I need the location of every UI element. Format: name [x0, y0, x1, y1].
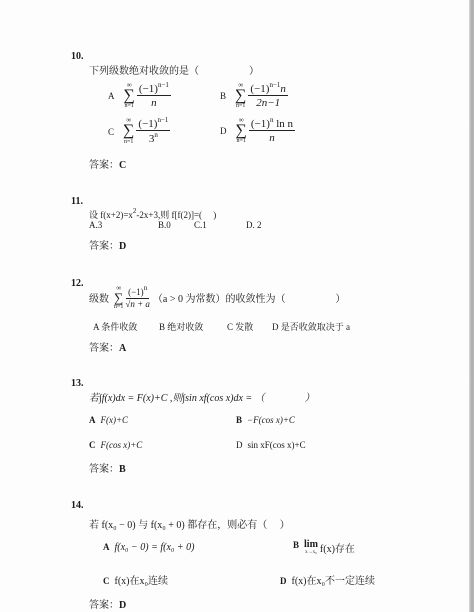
- option-label: C: [108, 127, 114, 137]
- question-13-option-d: Dsin xF(cos x)+C: [236, 440, 306, 450]
- question-10-option-d: D ∞∑n=1 (−1)n ln n n: [220, 117, 295, 144]
- question-13-option-a: AF(x)+C: [89, 415, 128, 425]
- question-11-option-d: D. 2: [246, 220, 262, 230]
- question-14-option-b: B limx→x₀ f(x)存在: [293, 540, 355, 555]
- question-14-option-a: Af(x₀ − 0) = f(x₀ + 0): [103, 542, 194, 553]
- question-11-option-c: C.1: [194, 220, 207, 230]
- question-11-option-b: B.0: [158, 220, 171, 230]
- page-edge-shadow: [469, 0, 474, 612]
- summation-icon: ∞∑n=1: [124, 82, 135, 109]
- question-12-option-a: A 条件收敛: [93, 320, 137, 333]
- question-12-number: 12.: [71, 278, 84, 289]
- question-12-prompt: 级数 ∞∑n=1 (−1)n √n + a （a > 0 为常数）的收敛性为（ …: [89, 285, 345, 310]
- option-label: A: [108, 91, 115, 101]
- question-10-option-a: A ∞∑n=1 (−1)n−1 n: [108, 82, 171, 109]
- question-12-option-d: D 是否收敛取决于 a: [272, 320, 350, 333]
- question-10-option-c: C ∞∑n=1 (−1)n−1 3n: [108, 117, 170, 145]
- question-12-answer: 答案：A: [89, 339, 126, 354]
- question-14-prompt: 若 f(x₀ − 0) 与 f(x₀ + 0) 都存在，则必有（ ）: [89, 516, 290, 531]
- question-11-prompt: 设 f(x+2)=x2-2x+3,则 f[f(2)]=( ): [89, 207, 216, 221]
- question-14-answer: 答案：D: [89, 596, 126, 611]
- question-13-number: 13.: [71, 378, 84, 389]
- question-14-option-d: Df(x)在x₀不一定连续: [280, 572, 375, 587]
- question-13-option-b: B−F(cos x)+C: [236, 415, 295, 425]
- question-13-option-c: CF(cos x)+C: [89, 440, 142, 450]
- question-10-option-b: B ∞∑n=1 (−1)n−1n 2n−1: [220, 82, 288, 109]
- option-label: D: [220, 126, 227, 136]
- question-12-option-b: B 绝对收敛: [159, 320, 203, 333]
- question-10-answer: 答案：C: [89, 156, 126, 171]
- question-13-answer: 答案：B: [89, 460, 126, 475]
- summation-icon: ∞∑n=1: [236, 117, 247, 144]
- summation-icon: ∞∑n=1: [123, 117, 134, 144]
- question-11-number: 11.: [71, 196, 83, 207]
- question-12-option-c: C 发散: [227, 320, 253, 333]
- question-11-answer: 答案：D: [89, 237, 126, 252]
- question-14-number: 14.: [71, 500, 84, 511]
- summation-icon: ∞∑n=1: [235, 82, 246, 109]
- document-page: 10. 下列级数绝对收敛的是（ ） A ∞∑n=1 (−1)n−1 n B ∞∑…: [0, 0, 470, 612]
- question-10-prompt: 下列级数绝对收敛的是（ ）: [89, 62, 259, 77]
- question-14-option-c: Cf(x)在x₀连续: [103, 572, 168, 587]
- question-13-prompt: 若∫f(x)dx = F(x)+C ,则∫sin xf(cos x)dx = （…: [89, 389, 315, 404]
- question-11-option-a: A.3: [89, 220, 102, 230]
- summation-icon: ∞∑n=1: [114, 285, 123, 310]
- question-10-number: 10.: [71, 51, 84, 62]
- option-label: B: [220, 91, 226, 101]
